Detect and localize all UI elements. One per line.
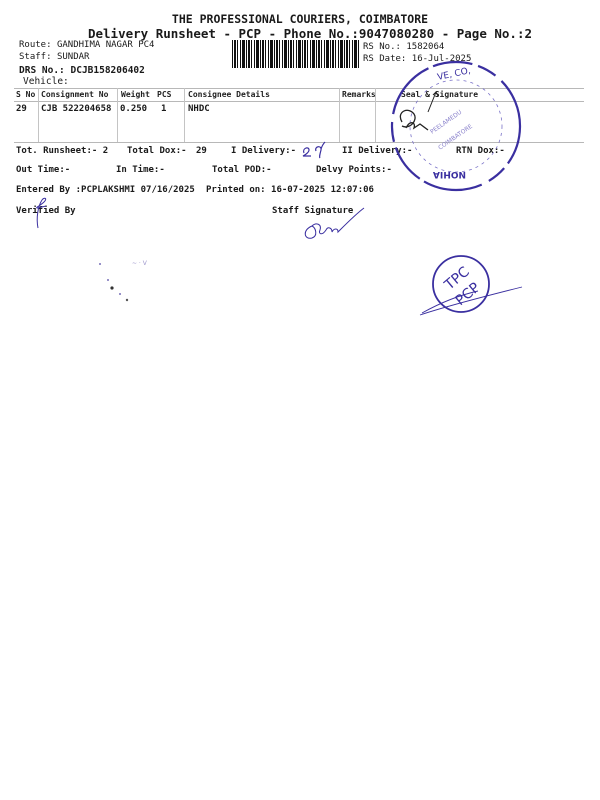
- drs-value: DCJB158206402: [71, 65, 145, 76]
- printed-on: Printed on: 16-07-2025 12:07:06: [206, 185, 374, 195]
- cell-weight: 0.250: [120, 104, 147, 114]
- col-header-consignee: Consignee Details: [188, 90, 270, 99]
- tot-runsheet: Tot. Runsheet:- 2: [16, 146, 108, 156]
- staff-value: SUNDAR: [57, 52, 90, 62]
- staff-field: Staff: SUNDAR: [19, 52, 89, 62]
- rs-no-value: 1582064: [406, 42, 444, 52]
- in-time-label: In Time:-: [116, 165, 165, 175]
- route-field: Route: GANDHIMA NAGAR PC4: [19, 40, 154, 50]
- entered-by: Entered By :PCPLAKSHMI 07/16/2025: [16, 185, 195, 195]
- col-header-sno: S No: [16, 90, 35, 99]
- col-divider: [117, 88, 118, 142]
- faint-stamp-residue-icon: ~ ‧ V: [90, 250, 170, 310]
- consignee-seal-stamp-icon: VE, CO, NOHIA PEELAMEDU COIMBATORE: [388, 68, 528, 188]
- total-dox-value: 29: [196, 146, 207, 156]
- col-divider: [339, 88, 340, 142]
- runsheet-barcode: [232, 40, 360, 68]
- rs-no-label: RS No.:: [363, 42, 401, 52]
- drs-label: DRS No.:: [19, 65, 65, 76]
- drs-field: DRS No.: DCJB158206402: [19, 65, 145, 76]
- handwritten-count-icon: [300, 140, 330, 160]
- route-value: GANDHIMA NAGAR PC4: [57, 40, 155, 50]
- total-pod-label: Total POD:-: [212, 165, 272, 175]
- col-divider: [38, 88, 39, 142]
- cell-consignment: CJB 522204658: [41, 104, 111, 114]
- i-delivery-label: I Delivery:-: [231, 146, 296, 156]
- delvy-points-label: Delvy Points:-: [316, 165, 392, 175]
- cell-consignee: NHDC: [188, 104, 210, 114]
- svg-text:NOHIA: NOHIA: [433, 169, 466, 179]
- total-dox-label: Total Dox:-: [127, 146, 187, 156]
- svg-text:~ ‧ V: ~ ‧ V: [132, 260, 148, 267]
- col-divider: [184, 88, 185, 142]
- tpc-pcp-stamp-icon: TPC PCP: [410, 255, 530, 325]
- col-header-consignment: Consignment No: [41, 90, 108, 99]
- company-title: THE PROFESSIONAL COURIERS, COIMBATORE: [0, 12, 600, 26]
- svg-text:VE, CO,: VE, CO,: [437, 66, 472, 83]
- col-header-remarks: Remarks: [342, 90, 376, 99]
- staff-label: Staff:: [19, 52, 52, 62]
- col-header-pcs: PCS: [157, 90, 171, 99]
- vehicle-field: Vehicle:: [23, 76, 69, 87]
- verified-by-scribble-icon: [30, 196, 50, 230]
- rs-date-label: RS Date:: [363, 54, 406, 64]
- cell-sno: 29: [16, 104, 27, 114]
- col-header-weight: Weight: [121, 90, 150, 99]
- rs-no-field: RS No.: 1582064: [363, 42, 444, 52]
- vehicle-label: Vehicle:: [23, 76, 69, 87]
- staff-signature-icon: [298, 206, 368, 246]
- runsheet-subtitle: Delivery Runsheet - PCP - Phone No.:9047…: [0, 26, 600, 41]
- route-label: Route:: [19, 40, 52, 50]
- out-time-label: Out Time:-: [16, 165, 70, 175]
- cell-pcs: 1: [161, 104, 166, 114]
